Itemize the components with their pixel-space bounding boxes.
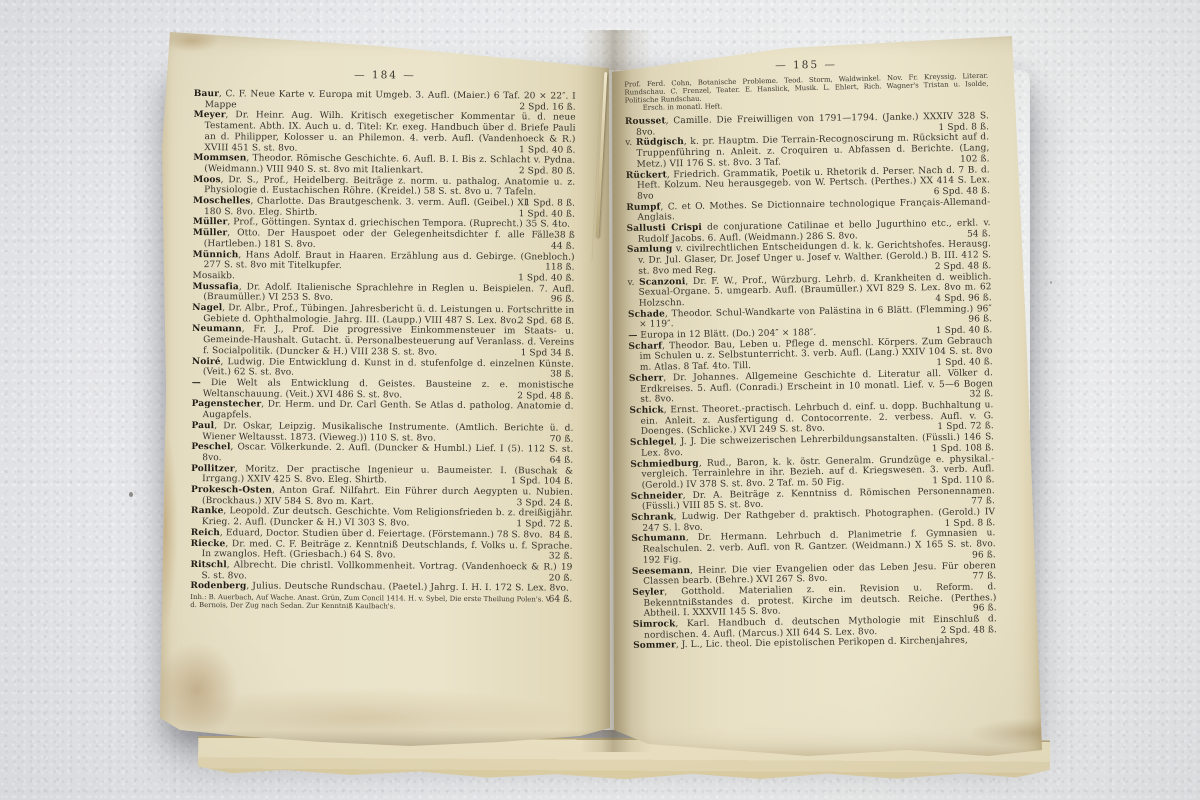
entry-price: 102 ß. <box>963 154 990 165</box>
entry-text: , Dr. Hermann. Lehrbuch d. Planimetrie f… <box>643 529 996 566</box>
catalog-entry: Paul, Dr. Oskar, Leipzig. Musikalische I… <box>191 421 573 445</box>
catalog-entry: Peschel, Oscar. Völkerkunde. 2. Aufl. (D… <box>191 442 573 466</box>
entry-text: , Dr. Oskar, Leipzig. Musikalische Instr… <box>202 421 573 443</box>
entry-author: Rodenberg <box>190 581 246 591</box>
entry-author: Müller <box>193 217 227 227</box>
entry-price: 70 ß. <box>553 434 574 445</box>
catalog-entry: Riecke, Dr. med. C. F. Beiträge z. Kennt… <box>191 539 573 563</box>
entry-price: 64 ß. <box>553 455 574 466</box>
entry-text: , Otto. Der Hauspoet oder der Gelegenhei… <box>204 228 557 249</box>
entry-price: 44 ß. <box>554 241 575 252</box>
entry-price: 32 ß. <box>552 552 573 563</box>
entry-author: Rousset <box>625 116 666 127</box>
entry-author: Paul <box>191 421 214 431</box>
entry-text: , Oscar. Völkerkunde. 2. Aufl. (Duncker … <box>202 442 573 463</box>
entry-author: Noiré <box>192 357 221 367</box>
entry-price: 96 ß. <box>971 315 992 326</box>
book-page-right: — 185 — Prof. Ferd. Cohn, Botanische Pro… <box>608 28 1048 758</box>
entry-author: Ritschl <box>190 560 226 570</box>
entry-author: Schmiedburg <box>630 458 699 469</box>
entry-author: Münnich <box>193 250 239 260</box>
catalog-entry: Ritschl, Albrecht. Die christl. Vollkomm… <box>190 560 572 584</box>
entry-text: , Charlotte. Das Brautgeschenk. 3. verm.… <box>204 196 528 217</box>
entry-author: Pollitzer <box>191 464 234 474</box>
entry-price: 20 ß. <box>552 573 573 584</box>
entry-text: , k. pr. Hauptm. Die Terrain-Recognoscir… <box>636 133 989 170</box>
entry-author: Meyer <box>194 110 226 120</box>
entry-price: 64 ß. <box>552 595 573 606</box>
entry-text: , Hans Adolf. Braut in Haaren. Erzählung… <box>204 250 575 271</box>
entry-author: Ranke <box>191 506 224 516</box>
catalog-entry: Moos, Dr. S., Prof., Heidelberg. Beiträg… <box>193 175 575 199</box>
entry-text: , Albrecht. Die christl. Vollkommenheit.… <box>201 560 572 581</box>
catalog-entry: Nagel, Dr. Albr., Prof., Tübingen. Jahre… <box>192 303 574 327</box>
entry-price: 4 Spd. 96 ß. <box>938 293 992 305</box>
entry-price: 96 ß. <box>975 550 996 561</box>
entry-price: 54 ß. <box>970 229 991 240</box>
catalog-entry: Mussafia, Dr. Adolf. Italienische Sprach… <box>192 282 574 306</box>
entry-author: — <box>628 331 637 341</box>
entry-price: 2 Spd. 48 ß. <box>520 391 573 402</box>
entry-price: 2 Spd. 48 ß. <box>938 261 992 273</box>
entry-author: Reich <box>191 528 220 538</box>
entry-price: 32 ß. <box>973 390 994 401</box>
entry-author: Schrank <box>631 512 674 523</box>
entry-author: Neumann <box>192 324 242 334</box>
entry-price: 1 Spd. 104 ß. <box>514 477 573 488</box>
entry-price: 1 Spd. 40 ß. <box>939 325 993 337</box>
entry-price: 2 Spd. 68 ß. <box>521 316 574 327</box>
entry-author: Riecke <box>191 539 226 549</box>
entry-author: Scherr <box>629 373 663 384</box>
entry-author: Rumpf <box>626 202 660 213</box>
entry-price: 84 ß. <box>552 530 573 541</box>
catalog-entry: — Die Welt als Entwicklung d. Geistes. B… <box>192 378 574 402</box>
catalog-entry: Prokesch-Osten, Anton Graf. Nilfahrt. Ei… <box>191 485 573 509</box>
entry-price: 1 Spd. 40 ß. <box>521 273 574 284</box>
entry-author: Simrock <box>633 619 676 630</box>
right-entry-list: Rousset, Camille. Die Freiwilligen von 1… <box>625 111 997 652</box>
page-stain <box>152 428 178 628</box>
entry-text: Mosaikb. <box>193 271 235 281</box>
entry-price: 2 Spd. 80 ß. <box>522 166 575 177</box>
left-entry-list: Baur, C. F. Neue Karte v. Europa mit Umg… <box>190 89 576 595</box>
entry-text: , Julius. Deutsche Rundschau. (Paetel.) … <box>246 582 569 594</box>
entry-author: Nagel <box>192 303 222 313</box>
entry-text: , Dr. Johannes. Allgemeine Geschichte d.… <box>640 368 993 405</box>
entry-author: Baur <box>194 89 219 99</box>
entry-price: 1 Spd. 40 ß. <box>522 145 575 156</box>
entry-price: 38 ß. <box>553 370 574 381</box>
entry-author: Prokesch-Osten <box>191 485 272 496</box>
left-page-footnote: Inh.: B. Auerbach, Auf Wache. Anast. Grü… <box>190 593 572 612</box>
page-stain <box>968 718 1098 748</box>
entry-author: — <box>192 378 201 388</box>
entry-author: Schade <box>628 309 665 320</box>
catalog-entry: Baur, C. F. Neue Karte v. Europa mit Umg… <box>194 89 576 113</box>
entry-price: 1 Spd 34 ß. <box>524 348 574 359</box>
dust-speck <box>129 492 133 497</box>
page-stain <box>154 640 240 740</box>
entry-price: 77 ß. <box>974 497 995 508</box>
entry-author: Peschel <box>191 442 230 452</box>
entry-author: Sallusti Crispi <box>627 223 702 234</box>
entry-author: Seesemann <box>632 566 690 577</box>
entry-price: 96 ß. <box>976 604 997 615</box>
entry-author: Scharf <box>628 341 662 352</box>
entry-author: Pagenstecher <box>192 399 262 409</box>
photo-scene: — 184 — Baur, C. F. Neue Karte v. Europa… <box>0 0 1200 800</box>
entry-text: , Dr. Albr., Prof., Tübingen. Jahresberi… <box>203 303 574 326</box>
book-page-left: — 184 — Baur, C. F. Neue Karte v. Europa… <box>150 28 612 754</box>
page-number-right: — 185 — <box>624 56 988 74</box>
entry-author: Moschelles <box>193 196 250 206</box>
entry-author: Schumann <box>631 534 685 545</box>
entry-author: Rüdgisch <box>636 137 684 148</box>
entry-author: Scanzoni <box>639 277 685 288</box>
catalog-entry: Münnich, Hans Adolf. Braut in Haaren. Er… <box>193 250 575 274</box>
entry-price: 77 ß. <box>975 571 996 582</box>
catalog-entry: Meyer, Dr. Heinr. Aug. Wilh. Kritisch ex… <box>193 110 575 155</box>
entry-text: , Ludwig. Die Entwicklung d. Kunst in d.… <box>203 357 574 378</box>
entry-author: Moos <box>193 175 221 185</box>
catalog-entry: Pagenstecher, Dr. Herm. und Dr. Carl Gen… <box>192 399 574 423</box>
entry-price: 1 Spd. 40 ß. <box>939 357 993 369</box>
entry-text: , Dr. Adolf. Italienische Sprachlehre in… <box>203 282 574 303</box>
entry-price: 1 Spd. 72 ß. <box>519 519 572 530</box>
entry-author: Mommsen <box>193 153 246 163</box>
page-number-left: — 184 — <box>194 68 576 83</box>
entry-name-prefix: v. <box>625 138 636 148</box>
entry-author: Schneider <box>631 491 683 502</box>
entry-price: 96 ß. <box>554 295 575 306</box>
entry-author: Müller <box>193 228 227 238</box>
entry-name-prefix: v. <box>627 277 639 287</box>
catalog-entry: Neumann, Fr. J., Prof. Die progressive E… <box>192 324 574 359</box>
catalog-entry: Ranke, Leopold. Zur deutsch. Geschichte.… <box>191 506 573 530</box>
entry-price: 118 ß. <box>548 263 575 274</box>
catalog-entry: Mommsen, Theodor. Römische Geschichte. 6… <box>193 153 575 177</box>
entry-text: , Fr. J., Prof. Die progressive Einkomme… <box>203 325 574 358</box>
entry-price: 1 Spd. 8 ß. <box>948 518 996 529</box>
entry-text: , Gotthold. Materialien z. ein. Revision… <box>643 582 996 619</box>
entry-author: Rückert <box>626 170 667 181</box>
entry-price: 38 ß <box>557 231 575 242</box>
entry-price: 2 Spd. 16 ß. <box>522 102 575 113</box>
catalog-entry: Pollitzer, Moritz. Der practische Ingeni… <box>191 464 573 488</box>
entry-author: Schlegel <box>630 437 674 448</box>
page-stain <box>164 30 220 52</box>
entry-price: 1 Spd. 8 ß. <box>527 198 575 209</box>
catalog-entry: Noiré, Ludwig. Die Entwicklung d. Kunst … <box>192 357 574 381</box>
catalog-entry: Müller, Otto. Der Hauspoet oder der Gele… <box>193 228 575 252</box>
entry-price: 6 Spd. 48 ß. <box>937 186 991 198</box>
entry-text: , Dr. S., Prof., Heidelberg. Beiträge z.… <box>204 175 575 198</box>
entry-author: Seyler <box>632 587 664 598</box>
entry-author: Samlung <box>627 245 673 256</box>
entry-price: 3 Spd. 24 ß. <box>520 498 573 509</box>
entry-author: Schick <box>629 405 663 416</box>
entry-author: Mussafia <box>192 282 238 292</box>
entry-price: 2 Spd. 48 ß. <box>944 625 998 637</box>
entry-text: , Dr. med. C. F. Beiträge z. Kenntniß De… <box>202 539 573 561</box>
right-page-content: — 185 — Prof. Ferd. Cohn, Botanische Pro… <box>624 56 997 652</box>
entry-author: Sommer <box>633 641 676 652</box>
left-page-content: — 184 — Baur, C. F. Neue Karte v. Europa… <box>190 68 576 612</box>
